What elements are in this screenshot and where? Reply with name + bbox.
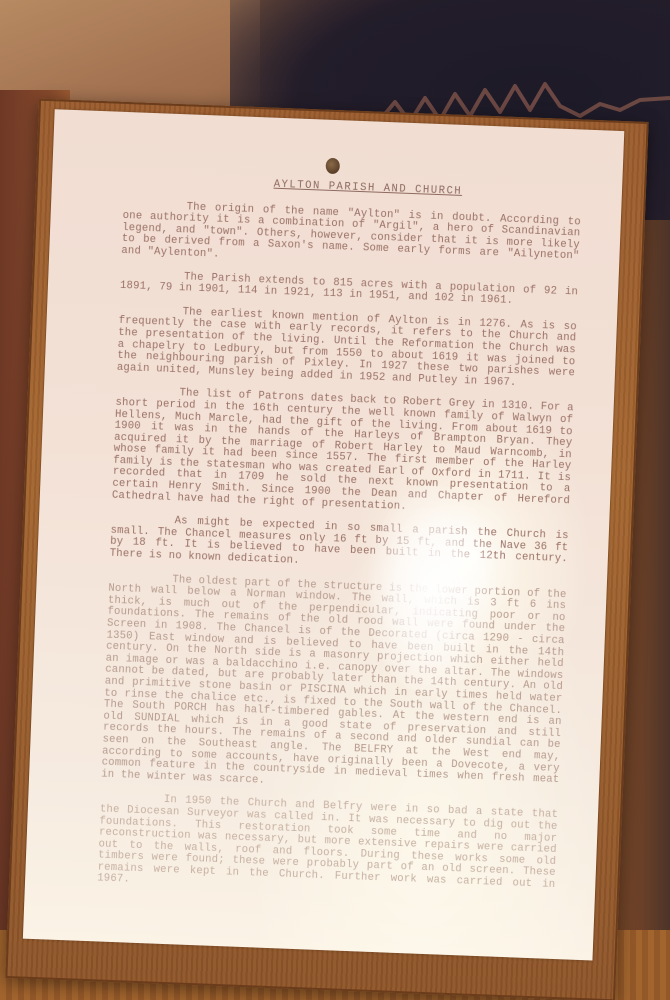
- paragraph-church-size: As might be expected in so small a paris…: [109, 514, 568, 578]
- paragraph-structure: The oldest part of the structure is the …: [101, 572, 567, 798]
- paragraph-population: The Parish extends to 815 acres with a p…: [120, 269, 579, 310]
- notice-document: AYLTON PARISH AND CHURCH The origin of t…: [96, 174, 581, 915]
- paragraph-name-origin: The origin of the name "Aylton" is in do…: [121, 200, 581, 276]
- paragraph-patrons: The list of Patrons dates back to Robert…: [112, 386, 574, 519]
- notice-paper: AYLTON PARISH AND CHURCH The origin of t…: [23, 109, 624, 960]
- paragraph-earliest-mention: The earliest known mention of Aylton is …: [117, 305, 577, 392]
- document-title: AYLTON PARISH AND CHURCH: [154, 175, 582, 203]
- pin-hole-icon: [325, 158, 340, 175]
- notice-frame: AYLTON PARISH AND CHURCH The origin of t…: [5, 99, 648, 1000]
- paragraph-restoration: In 1950 the Church and Belfry were in so…: [97, 793, 558, 903]
